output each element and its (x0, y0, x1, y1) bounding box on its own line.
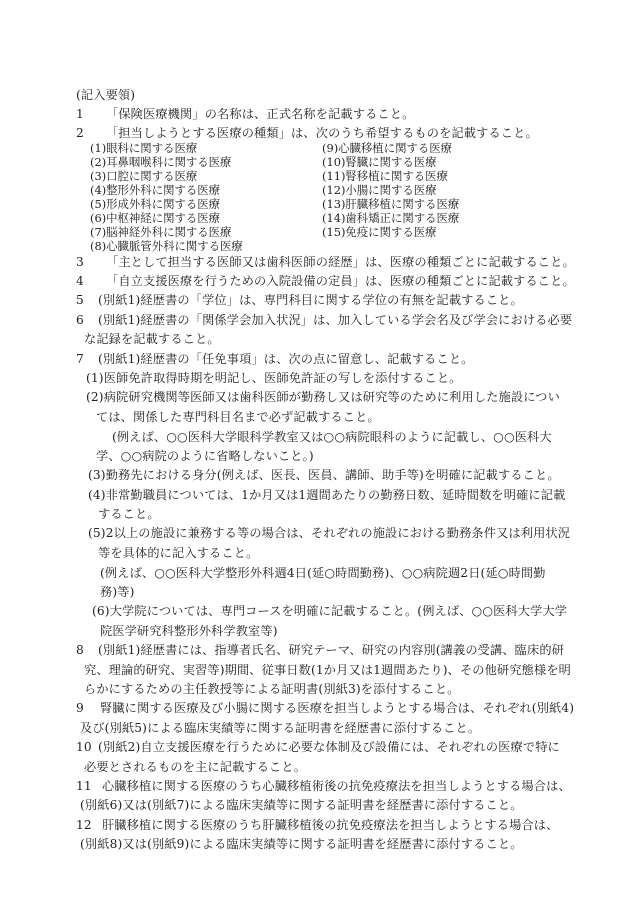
option-left: (6)中枢神経に関する医療 (90, 211, 220, 225)
item-11: 11心臓移植に関する医療のうち心臓移植術後の抗免疫療法を担当しようとする場合は、 (76, 779, 571, 793)
option-right: (10)腎臓に関する医療 (322, 155, 437, 169)
item-7-sub-6: (6)大学院については、専門コースを明確に記載すること。(例えば、○○医科大学大… (92, 604, 567, 618)
option-right: (14)歯科矯正に関する医療 (322, 211, 459, 225)
item-text: 心臓移植に関する医療のうち心臓移植術後の抗免疫療法を担当しようとする場合は、 (102, 779, 571, 793)
item-2: 2「担当しようとする医療の種類」は、次のうち希望するものを記載すること。 (76, 126, 538, 140)
item-10: 10(別紙2)自立支援医療を行うために必要な体制及び設備には、それぞれの医療で特… (76, 740, 560, 754)
document-page: (記入要領) 1「保険医療機関」の名称は、正式名称を記載すること。 2「担当しよ… (0, 0, 630, 916)
item-number: 3 (76, 255, 98, 269)
item-text: (別紙1)経歴書の「関係学会加入状況」は、加入している学会名及び学会における必要 (98, 313, 572, 327)
option-left: (7)脳神経外科に関する医療 (90, 225, 231, 239)
item-text: (別紙1)経歴書の「学位」は、専門科目に関する学位の有無を記載すること。 (98, 293, 523, 307)
item-8: 8(別紙1)経歴書には、指導者氏名、研究テーマ、研究の内容別(講義の受講、臨床的… (76, 643, 564, 657)
item-text: 腎臓に関する医療及び小腸に関する医療を担当しようとする場合は、それぞれ(別紙4) (100, 701, 574, 715)
item-7-sub-4: (4)非常勤職員については、1か月又は1週間あたりの勤務日数、延時間数を明確に記… (88, 488, 565, 502)
item-6-cont: な記録を記載すること。 (84, 332, 220, 346)
item-text: 「主として担当する医師又は歯科医師の経歴」は、医療の種類ごとに記載すること。 (106, 255, 575, 269)
item-7-sub-5-cont: 等を具体的に記入すること。 (98, 546, 258, 560)
item-5: 5(別紙1)経歴書の「学位」は、専門科目に関する学位の有無を記載すること。 (76, 293, 523, 307)
item-4: 4「自立支援医療を行うための入院設備の定員」は、医療の種類ごとに記載すること。 (76, 274, 575, 288)
item-7-sub-1: (1)医師免許取得時期を明記し、医師免許証の写しを添付すること。 (86, 371, 462, 385)
item-8-cont: 究、理論的研究、実習等)期間、従事日数(1か月又は1週間あたり)、その他研究態様… (84, 663, 571, 677)
item-10-cont: 必要とされるものを主に記載すること。 (84, 760, 306, 774)
option-left: (2)耳鼻咽喉科に関する医療 (90, 155, 231, 169)
item-text: (別紙1)経歴書には、指導者氏名、研究テーマ、研究の内容別(講義の受講、臨床的研 (98, 643, 564, 657)
item-7-sub-4-cont: すること。 (98, 507, 160, 521)
item-9: 9腎臓に関する医療及び小腸に関する医療を担当しようとする場合は、それぞれ(別紙4… (76, 701, 574, 715)
option-right: (12)小腸に関する医療 (322, 183, 437, 197)
item-9-cont: 及び(別紙5)による臨床実績等に関する証明書を経歴書に添付すること。 (80, 721, 480, 735)
item-number: 5 (76, 293, 98, 307)
item-number: 6 (76, 313, 98, 327)
option-right: (11)腎移植に関する医療 (322, 169, 448, 183)
item-11-cont: (別紙6)又は(別紙7)による臨床実績等に関する証明書を経歴書に添付すること。 (80, 798, 523, 812)
item-number: 11 (76, 779, 98, 793)
heading: (記入要領) (76, 88, 135, 102)
item-7-sub-5-example: (例えば、○○医科大学整形外科週4日(延○時間勤務)、○○病院週2日(延○時間勤 (100, 566, 546, 580)
option-left: (3)口腔に関する医療 (90, 169, 197, 183)
item-text: 肝臓移植に関する医療のうち肝臓移植後の抗免疫療法を担当しようとする場合は、 (102, 818, 559, 832)
item-number: 2 (76, 126, 98, 140)
item-12: 12肝臓移植に関する医療のうち肝臓移植後の抗免疫療法を担当しようとする場合は、 (76, 818, 559, 832)
option-left: (5)形成外科に関する医療 (90, 197, 220, 211)
option-right: (13)肝臓移植に関する医療 (322, 197, 459, 211)
option-left: (1)眼科に関する医療 (90, 141, 197, 155)
item-7-sub-2: (2)病院研究機関等医師又は歯科医師が勤務し又は研究等のために利用した施設につい (86, 390, 560, 404)
item-7-sub-2-example-cont: 学、○○病院のように省略しないこと。) (96, 449, 314, 463)
item-text: 「保険医療機関」の名称は、正式名称を記載すること。 (106, 107, 414, 121)
item-number: 9 (76, 701, 98, 715)
item-7-sub-5: (5)2以上の施設に兼務する等の場合は、それぞれの施設における勤務条件又は利用状… (88, 526, 570, 540)
item-text: (別紙2)自立支援医療を行うために必要な体制及び設備には、それぞれの医療で特に (98, 740, 560, 754)
option-left: (8)心臓脈管外科に関する医療 (90, 239, 243, 253)
option-right: (15)免疫に関する医療 (322, 225, 437, 239)
item-number: 8 (76, 643, 98, 657)
item-text: (別紙1)経歴書の「任免事項」は、次の点に留意し、記載すること。 (98, 352, 474, 366)
item-7-sub-6-cont: 院医学研究科整形外科学教室等) (100, 624, 278, 638)
item-7-sub-3: (3)勤務先における身分(例えば、医長、医員、講師、助手等)を明確に記載すること… (88, 468, 560, 482)
item-3: 3「主として担当する医師又は歯科医師の経歴」は、医療の種類ごとに記載すること。 (76, 255, 575, 269)
item-7: 7(別紙1)経歴書の「任免事項」は、次の点に留意し、記載すること。 (76, 352, 474, 366)
option-right: (9)心臓移植に関する医療 (322, 141, 452, 155)
option-left: (4)整形外科に関する医療 (90, 183, 220, 197)
item-1: 1「保険医療機関」の名称は、正式名称を記載すること。 (76, 107, 414, 121)
item-7-sub-2-cont: ては、関係した専門科目名まで必ず記載すること。 (96, 410, 380, 424)
item-number: 12 (76, 818, 98, 832)
item-7-sub-2-example: (例えば、○○医科大学眼科学教室又は○○病院眼科のように記載し、○○医科大 (112, 430, 552, 444)
item-text: 「担当しようとする医療の種類」は、次のうち希望するものを記載すること。 (106, 126, 538, 140)
item-number: 4 (76, 274, 98, 288)
item-number: 7 (76, 352, 98, 366)
item-text: 「自立支援医療を行うための入院設備の定員」は、医療の種類ごとに記載すること。 (106, 274, 575, 288)
item-7-sub-5-example-cont: 務)等) (100, 585, 135, 599)
item-8-cont: らかにするための主任教授等による証明書(別紙3)を添付すること。 (84, 682, 460, 696)
item-12-cont: (別紙8)又は(別紙9)による臨床実績等に関する証明書を経歴書に添付すること。 (80, 837, 523, 851)
item-6: 6(別紙1)経歴書の「関係学会加入状況」は、加入している学会名及び学会における必… (76, 313, 572, 327)
item-number: 10 (76, 740, 98, 754)
item-number: 1 (76, 107, 98, 121)
